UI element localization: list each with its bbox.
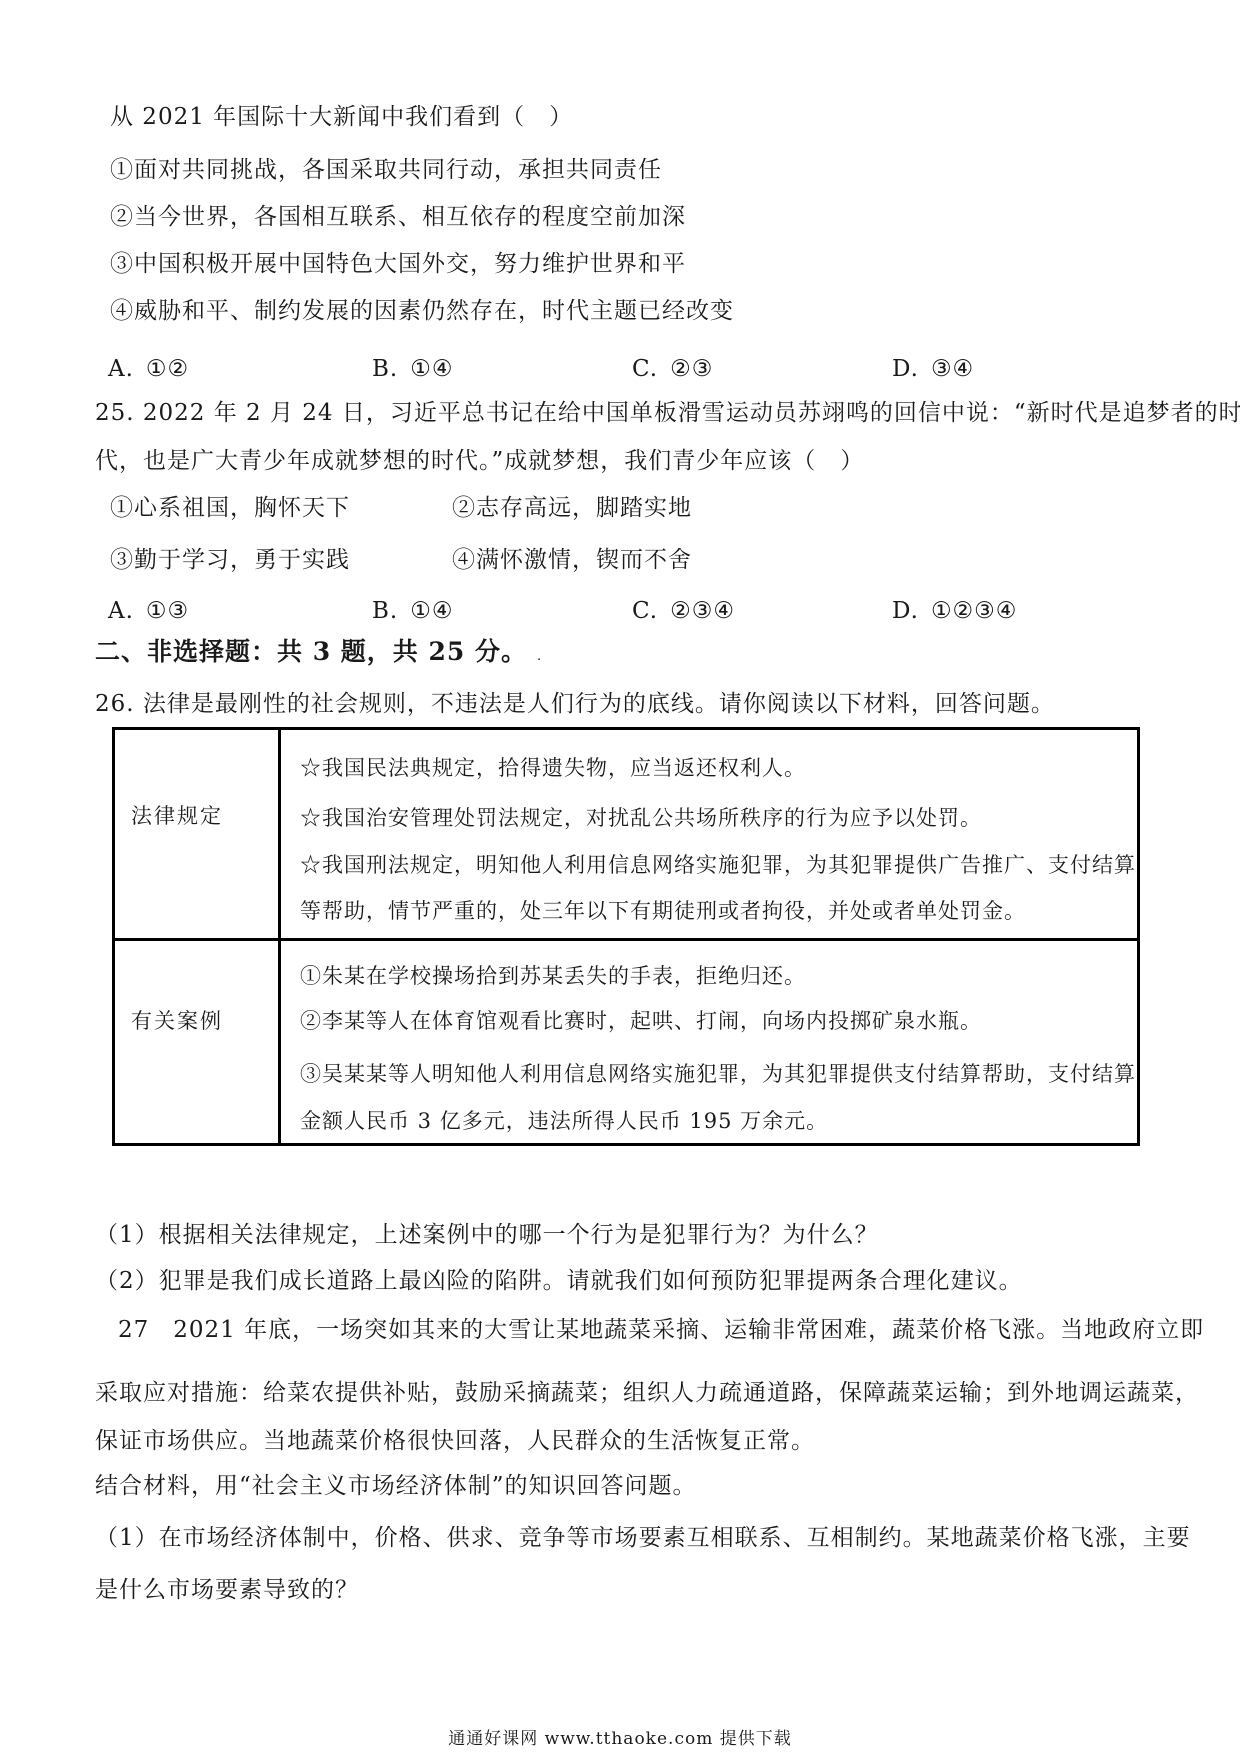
q25-stem-line-1: 25. 2022 年 2 月 24 日，习近平总书记在给中国单板滑雪运动员苏翊鸣… [95, 398, 1240, 428]
q25-stem-line-2: 代，也是广大青少年成就梦想的时代。”成就梦想，我们青少年应该（ ） [95, 446, 864, 476]
q24-option-a: A.①② [108, 354, 189, 384]
q25-item-3: ③勤于学习，勇于实践 [110, 547, 350, 573]
q24-option-c: C.②③ [632, 354, 713, 384]
q26-subquestion-1: （1）根据相关法律规定，上述案例中的哪一个行为是犯罪行为？为什么？ [95, 1220, 879, 1250]
q27-intro-line-3: 保证市场供应。当地蔬菜价格很快回落，人民群众的生活恢复正常。 [95, 1426, 815, 1456]
q27-subquestion-line-2: 是什么市场要素导致的？ [95, 1575, 359, 1605]
table-row-2-line-1: ①朱某在学校操场拾到苏某丢失的手表，拒绝归还。 [300, 963, 806, 989]
stray-period: . [537, 649, 542, 664]
q27-intro-line-2: 采取应对措施：给菜农提供补贴，鼓励采摘蔬菜；组织人力疏通道路，保障蔬菜运输；到外… [95, 1378, 1199, 1408]
q24-item-4: ④威胁和平、制约发展的因素仍然存在，时代主题已经改变 [95, 296, 734, 326]
q25-item-2: ②志存高远，脚踏实地 [452, 493, 692, 523]
q25-pair-row-2: ③勤于学习，勇于实践 ④满怀激情，锲而不舍 [95, 545, 350, 575]
q26-subquestion-2: （2）犯罪是我们成长道路上最凶险的陷阱。请就我们如何预防犯罪提两条合理化建议。 [95, 1266, 1023, 1296]
q25-option-d: D.①②③④ [892, 596, 1017, 626]
table-row-2-line-2: ②李某等人在体育馆观看比赛时，起哄、打闹，向场内投掷矿泉水瓶。 [300, 1008, 982, 1034]
table-row-1-line-3: ☆我国刑法规定，明知他人利用信息网络实施犯罪，为其犯罪提供广告推广、支付结算 [300, 852, 1136, 878]
section-2-heading: 二、非选择题：共 3 题，共 25 分。. [95, 637, 542, 672]
q27-intro-line-1: 27 2021 年底，一场突如其来的大雪让某地蔬菜采摘、运输非常困难，蔬菜价格飞… [95, 1315, 1204, 1345]
q24-stem: 从 2021 年国际十大新闻中我们看到（ ） [95, 102, 573, 132]
exam-content: 从 2021 年国际十大新闻中我们看到（ ） ①面对共同挑战，各国采取共同行动，… [95, 0, 1200, 1754]
q25-item-1: ①心系祖国，胸怀天下 [110, 495, 350, 521]
q24-option-b: B.①④ [372, 354, 453, 384]
table-row-2-line-4: 金额人民币 3 亿多元，违法所得人民币 195 万余元。 [300, 1108, 828, 1134]
q25-pair-row-1: ①心系祖国，胸怀天下 ②志存高远，脚踏实地 [95, 493, 350, 523]
q25-option-a: A.①③ [108, 596, 189, 626]
exam-page: 从 2021 年国际十大新闻中我们看到（ ） ①面对共同挑战，各国采取共同行动，… [0, 0, 1240, 1754]
q25-option-c: C.②③④ [632, 596, 735, 626]
table-row-2-line-3: ③吴某某等人明知他人利用信息网络实施犯罪，为其犯罪提供支付结算帮助，支付结算 [300, 1061, 1136, 1087]
table-row-1-line-4: 等帮助，情节严重的，处三年以下有期徒刑或者拘役，并处或者单处罚金。 [300, 898, 1026, 924]
table-column-divider [278, 730, 281, 1143]
footer-watermark: 通通好课网 www.tthaoke.com 提供下载 [0, 1724, 1240, 1749]
table-row-2-label: 有关案例 [131, 1008, 223, 1034]
table-row-divider [115, 938, 1137, 941]
q25-option-b: B.①④ [372, 596, 453, 626]
q26-materials-table: 法律规定 ☆我国民法典规定，拾得遗失物，应当返还权利人。 ☆我国治安管理处罚法规… [112, 727, 1140, 1146]
q24-item-3: ③中国积极开展中国特色大国外交，努力维护世界和平 [95, 249, 686, 279]
q27-instruction: 结合材料，用“社会主义市场经济体制”的知识回答问题。 [95, 1471, 697, 1501]
q25-item-4: ④满怀激情，锲而不舍 [452, 545, 692, 575]
table-row-1-label: 法律规定 [131, 803, 223, 829]
table-row-1-line-1: ☆我国民法典规定，拾得遗失物，应当返还权利人。 [300, 755, 806, 781]
q26-intro: 26. 法律是最刚性的社会规则，不违法是人们行为的底线。请你阅读以下材料，回答问… [95, 689, 1055, 719]
q24-option-d: D.③④ [892, 354, 974, 384]
q27-subquestion-line-1: （1）在市场经济体制中，价格、供求、竞争等市场要素互相联系、互相制约。某地蔬菜价… [95, 1523, 1191, 1553]
q24-item-1: ①面对共同挑战，各国采取共同行动，承担共同责任 [95, 155, 662, 185]
q24-item-2: ②当今世界，各国相互联系、相互依存的程度空前加深 [95, 202, 686, 232]
table-row-1-line-2: ☆我国治安管理处罚法规定，对扰乱公共场所秩序的行为应予以处罚。 [300, 805, 982, 831]
